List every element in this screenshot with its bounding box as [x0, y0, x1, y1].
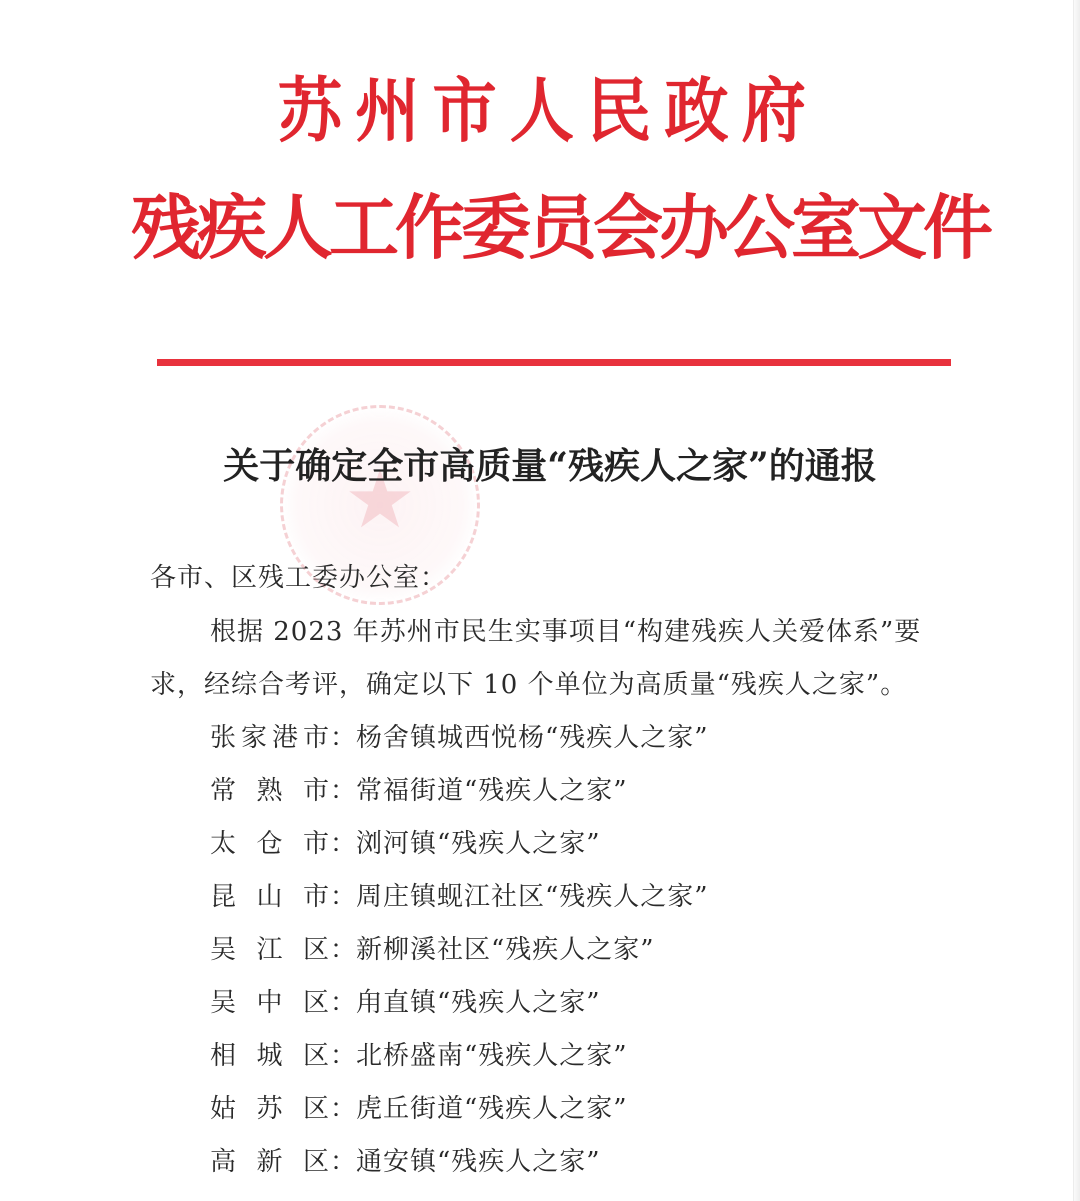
unit-colon: ： [330, 823, 356, 860]
unit-name: 北桥盛南“残疾人之家” [356, 1035, 628, 1072]
unit-colon: ： [330, 876, 356, 913]
unit-region: 昆山市 [210, 876, 330, 913]
unit-region: 吴中区 [210, 982, 330, 1019]
issuer-header-line-2: 残疾人工作委员会办公室文件 [0, 172, 1080, 273]
unit-name: 杨舍镇城西悦杨“残疾人之家” [356, 717, 709, 754]
unit-list-item: 昆山市 ： 周庄镇蚬江社区“残疾人之家” [210, 876, 709, 913]
unit-list-item: 太仓市 ： 浏河镇“残疾人之家” [210, 823, 601, 860]
unit-region: 高新区 [210, 1141, 330, 1178]
unit-name: 通安镇“残疾人之家” [356, 1141, 601, 1178]
unit-list-item: 张家港市 ： 杨舍镇城西悦杨“残疾人之家” [210, 717, 709, 754]
unit-name: 新柳溪社区“残疾人之家” [356, 929, 655, 966]
unit-name: 虎丘街道“残疾人之家” [356, 1088, 628, 1125]
unit-name: 甪直镇“残疾人之家” [356, 982, 601, 1019]
salutation: 各市、区残工委办公室： [150, 557, 447, 594]
unit-region: 姑苏区 [210, 1088, 330, 1125]
unit-name: 周庄镇蚬江社区“残疾人之家” [356, 876, 709, 913]
paragraph-line-2: 求，经综合考评，确定以下 10 个单位为高质量“残疾人之家”。 [150, 664, 907, 701]
unit-colon: ： [330, 717, 356, 754]
unit-name: 浏河镇“残疾人之家” [356, 823, 601, 860]
unit-colon: ： [330, 770, 356, 807]
unit-colon: ： [330, 1141, 356, 1178]
unit-list-item: 常熟市 ： 常福街道“残疾人之家” [210, 770, 628, 807]
unit-list-item: 姑苏区 ： 虎丘街道“残疾人之家” [210, 1088, 628, 1125]
unit-colon: ： [330, 929, 356, 966]
unit-name: 常福街道“残疾人之家” [356, 770, 628, 807]
unit-list-item: 吴江区 ： 新柳溪社区“残疾人之家” [210, 929, 655, 966]
unit-list-item: 高新区 ： 通安镇“残疾人之家” [210, 1141, 601, 1178]
unit-colon: ： [330, 1088, 356, 1125]
unit-region: 太仓市 [210, 823, 330, 860]
unit-region: 相城区 [210, 1035, 330, 1072]
unit-region: 常熟市 [210, 770, 330, 807]
unit-region: 吴江区 [210, 929, 330, 966]
unit-list-item: 吴中区 ： 甪直镇“残疾人之家” [210, 982, 601, 1019]
unit-colon: ： [330, 1035, 356, 1072]
issuer-header-line-1: 苏州市人民政府 [43, 55, 1037, 156]
paragraph-line-1: 根据 2023 年苏州市民生实事项目“构建残疾人关爱体系”要 [210, 611, 921, 648]
unit-list-item: 相城区 ： 北桥盛南“残疾人之家” [210, 1035, 628, 1072]
unit-colon: ： [330, 982, 356, 1019]
red-divider-rule [157, 359, 951, 366]
document-title: 关于确定全市高质量“残疾人之家”的通报 [0, 438, 1080, 489]
unit-region: 张家港市 [210, 717, 330, 754]
